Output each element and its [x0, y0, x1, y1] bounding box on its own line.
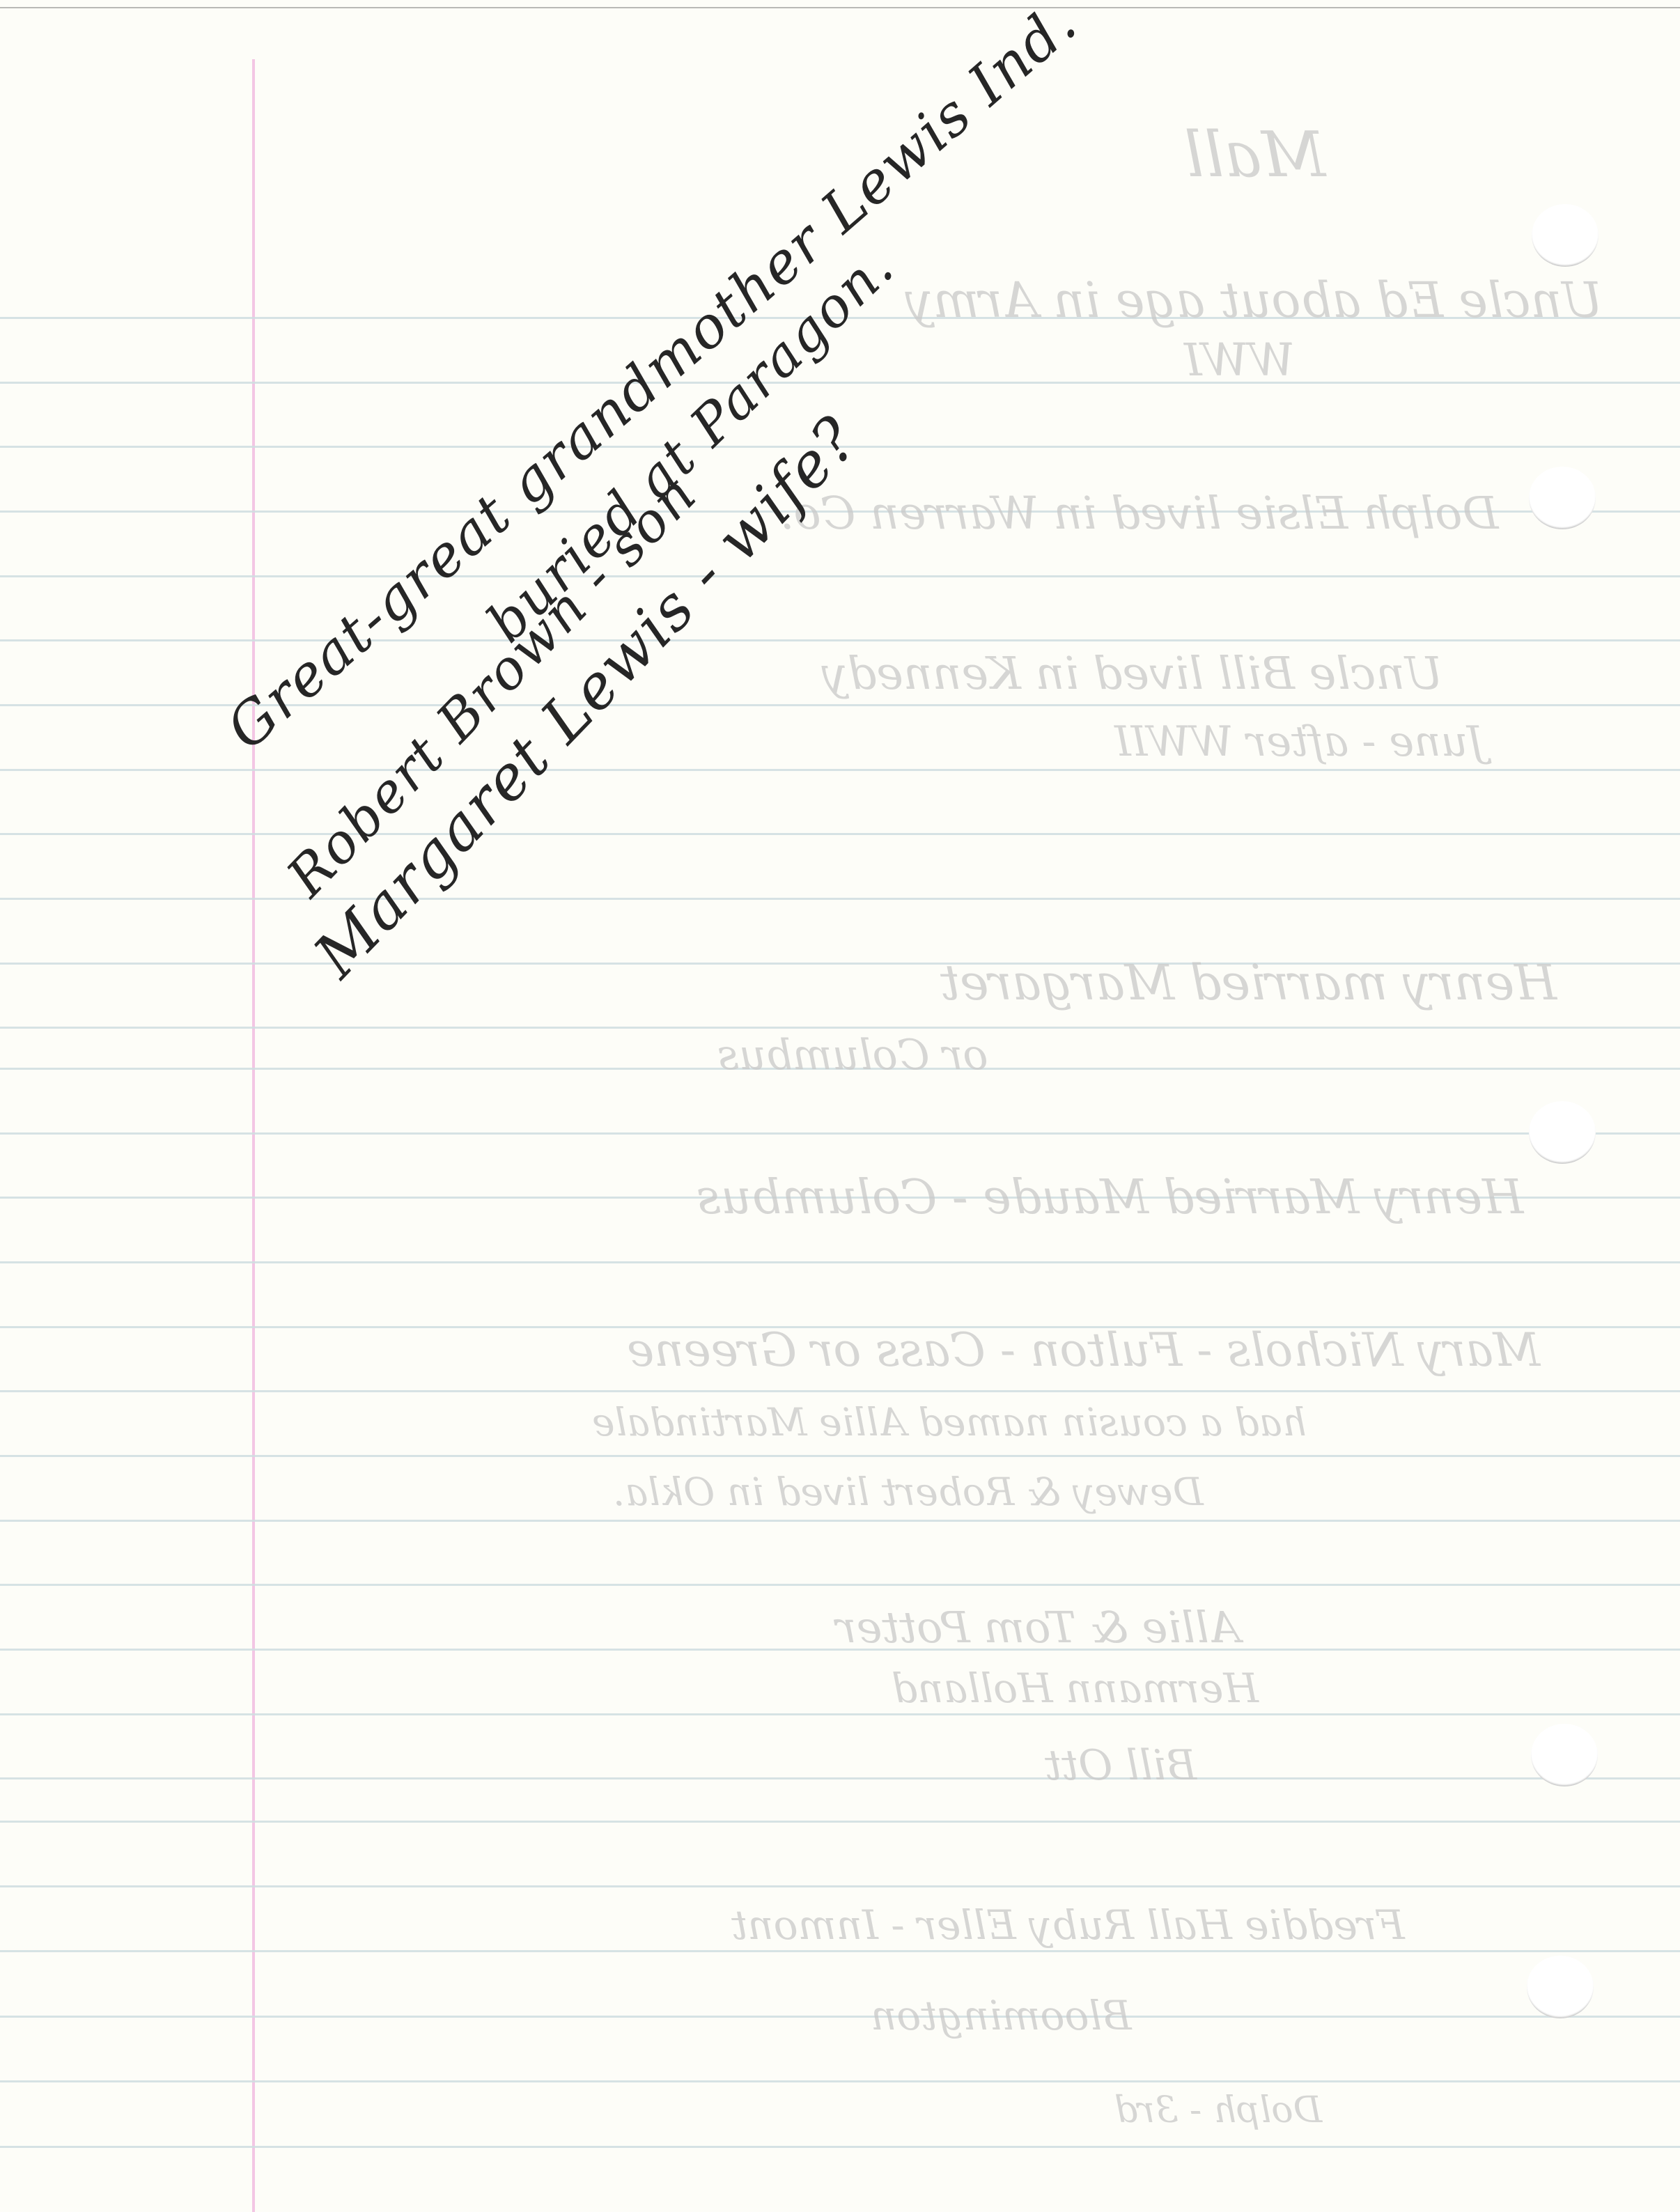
- bleed-through-text: Uncle Bill lived in Kennedy: [822, 648, 1443, 700]
- rule-line: [0, 898, 1680, 900]
- punch-hole: [1532, 204, 1599, 267]
- rule-line: [0, 1132, 1680, 1135]
- bleed-through-text: or Columbus: [717, 1031, 988, 1080]
- bleed-through-text: Mary Nichols - Fulton - Cass or Greene: [627, 1323, 1540, 1377]
- rule-line: [0, 769, 1680, 771]
- rule-line: [0, 1950, 1680, 1952]
- bleed-through-text: Henry Married Maude - Columbus: [697, 1170, 1523, 1225]
- rule-line: [0, 1821, 1680, 1823]
- punch-hole: [1529, 467, 1596, 529]
- punch-hole: [1527, 1956, 1594, 2018]
- bleed-through-text: Freddie Hall Ruby Eller - Inmont: [731, 1901, 1405, 1949]
- bleed-through-text: Mall: [1184, 118, 1325, 192]
- note-margaret-lewis-wife: Margaret Lewis - wife?: [300, 403, 872, 991]
- bleed-through-text: June - after WWII: [1114, 717, 1484, 766]
- rule-line: [0, 2146, 1680, 2148]
- bleed-through-text: Henry married Margaret: [940, 954, 1557, 1011]
- rule-line: [0, 2016, 1680, 2018]
- bleed-through-text: Bloomington: [871, 1992, 1132, 2039]
- bleed-through-text: Dolph Elsie lived in Warren Co.: [780, 488, 1498, 540]
- rule-line: [0, 1390, 1680, 1392]
- rule-line: [0, 639, 1680, 641]
- bleed-through-text: WWI: [1184, 334, 1295, 387]
- rule-line: [0, 1520, 1680, 1522]
- rule-line: [0, 1885, 1680, 1887]
- rule-line: [0, 1261, 1680, 1263]
- rule-line: [0, 1455, 1680, 1457]
- rule-line: [0, 2080, 1680, 2082]
- rule-line: [0, 1777, 1680, 1779]
- bleed-through-text: Allie & Tom Potter: [836, 1602, 1240, 1653]
- punch-hole: [1529, 1101, 1596, 1164]
- rule-line: [0, 1713, 1680, 1715]
- bleed-through-text: Bill Ott: [1045, 1741, 1197, 1790]
- bleed-through-text: Dolph - 3rd: [1114, 2089, 1322, 2131]
- bleed-through-text: Dewey & Robert lived in Okla.: [613, 1470, 1204, 1514]
- notebook-page: Mall Uncle Ed about age in Army WWI Dolp…: [0, 0, 1680, 2212]
- punch-hole: [1531, 1724, 1598, 1786]
- rule-line: [0, 1027, 1680, 1029]
- page-top-edge: [0, 7, 1680, 8]
- rule-line: [0, 382, 1680, 384]
- rule-line: [0, 833, 1680, 835]
- rule-line: [0, 1584, 1680, 1586]
- bleed-through-text: had a cousin named Allie Martindale: [592, 1400, 1307, 1444]
- bleed-through-text: Uncle Ed about age in Army: [905, 272, 1603, 329]
- rule-line: [0, 575, 1680, 577]
- bleed-through-text: Hermann Holland: [892, 1665, 1259, 1712]
